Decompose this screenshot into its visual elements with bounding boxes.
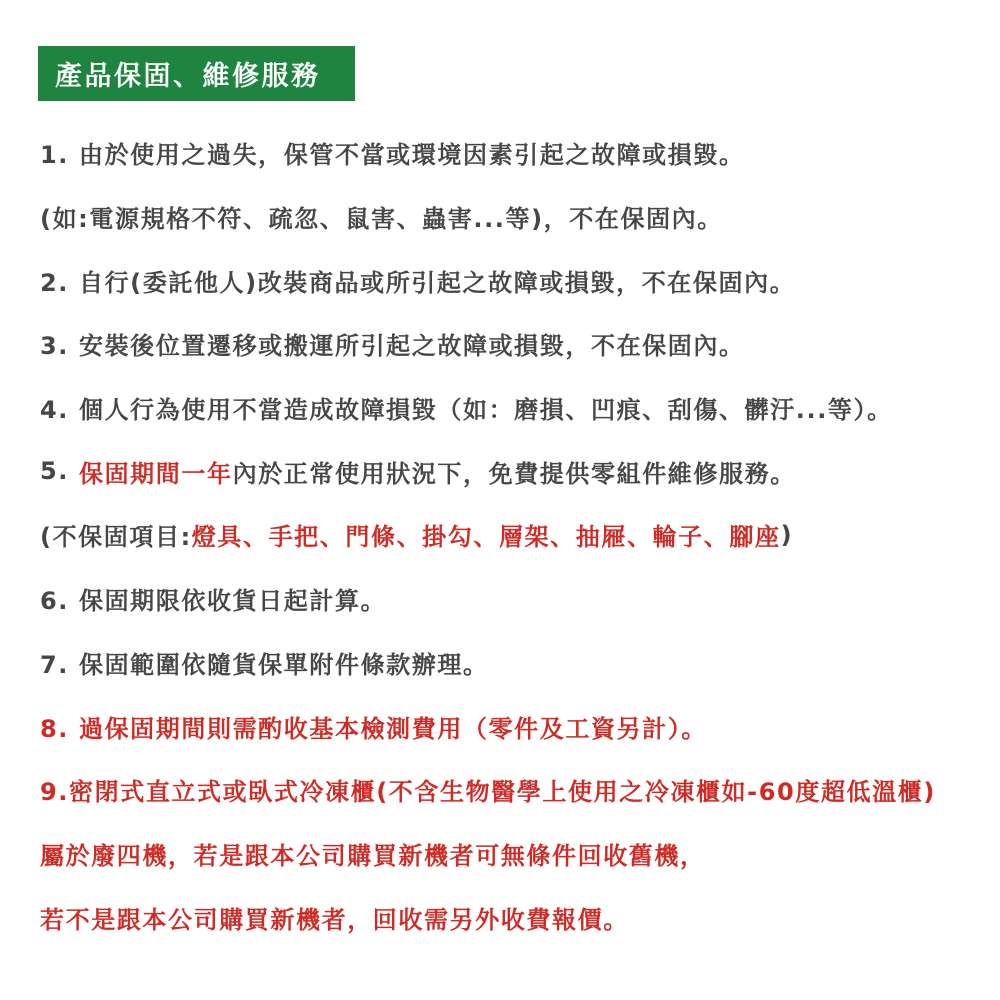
terms-list: 1. 由於使用之過失，保管不當或環境因素引起之故障或損毀。(如:電源規格不符、疏…	[40, 121, 990, 949]
text-segment: 燈具、手把、門條、掛勾、層架、抽屜、輪子、腳座	[192, 517, 781, 552]
section-header-badge: 產品保固、維修服務	[38, 46, 355, 101]
terms-line-9: 7. 保固範圍依隨貨保單附件條款辦理。	[40, 631, 990, 695]
text-segment: 內於正常使用狀況下，免費提供零組件維修服務。	[233, 454, 796, 489]
text-segment: 4. 個人行為使用不當造成故障損毀（如：磨損、凹痕、刮傷、髒汙...等）。	[40, 390, 893, 425]
text-segment: 6. 保固期限依收貨日起計算。	[40, 581, 386, 616]
text-segment: )	[781, 521, 794, 549]
text-segment: 3. 安裝後位置遷移或搬運所引起之故障或損毀，不在保固內。	[40, 326, 745, 361]
text-segment: 2. 自行(委託他人)改裝商品或所引起之故障或損毀，不在保固內。	[40, 263, 795, 298]
terms-line-1: 1. 由於使用之過失，保管不當或環境因素引起之故障或損毀。	[40, 121, 990, 185]
terms-line-12: 屬於廢四機，若是跟本公司購買新機者可無條件回收舊機，	[40, 822, 990, 886]
terms-line-7: (不保固項目:燈具、手把、門條、掛勾、層架、抽屜、輪子、腳座)	[40, 503, 990, 567]
terms-line-11: 9.密閉式直立式或臥式冷凍櫃(不含生物醫學上使用之冷凍櫃如-60度超低溫櫃)	[40, 758, 990, 822]
section-title: 產品保固、維修服務	[55, 54, 321, 93]
text-segment: (不保固項目:	[40, 517, 192, 552]
terms-line-4: 3. 安裝後位置遷移或搬運所引起之故障或損毀，不在保固內。	[40, 312, 990, 376]
terms-line-3: 2. 自行(委託他人)改裝商品或所引起之故障或損毀，不在保固內。	[40, 248, 990, 312]
text-segment: 8. 過保固期間則需酌收基本檢測費用（零件及工資另計）。	[40, 709, 707, 744]
text-segment: 5.	[40, 457, 79, 485]
terms-line-2: (如:電源規格不符、疏忽、鼠害、蟲害...等)，不在保固內。	[40, 185, 990, 249]
text-segment: (如:電源規格不符、疏忽、鼠害、蟲害...等)，不在保固內。	[40, 199, 723, 234]
terms-line-5: 4. 個人行為使用不當造成故障損毀（如：磨損、凹痕、刮傷、髒汙...等）。	[40, 376, 990, 440]
terms-line-13: 若不是跟本公司購買新機者，回收需另外收費報價。	[40, 885, 990, 949]
terms-line-6: 5. 保固期間一年內於正常使用狀況下，免費提供零組件維修服務。	[40, 439, 990, 503]
text-segment: 屬於廢四機，若是跟本公司購買新機者可無條件回收舊機，	[40, 836, 706, 871]
text-segment: 保固期間一年	[79, 454, 233, 489]
text-segment: 若不是跟本公司購買新機者，回收需另外收費報價。	[40, 900, 629, 935]
text-segment: 7. 保固範圍依隨貨保單附件條款辦理。	[40, 645, 489, 680]
terms-line-10: 8. 過保固期間則需酌收基本檢測費用（零件及工資另計）。	[40, 694, 990, 758]
terms-line-8: 6. 保固期限依收貨日起計算。	[40, 567, 990, 631]
text-segment: 1. 由於使用之過失，保管不當或環境因素引起之故障或損毀。	[40, 135, 745, 170]
text-segment: 9.密閉式直立式或臥式冷凍櫃(不含生物醫學上使用之冷凍櫃如-60度超低溫櫃)	[40, 772, 936, 807]
